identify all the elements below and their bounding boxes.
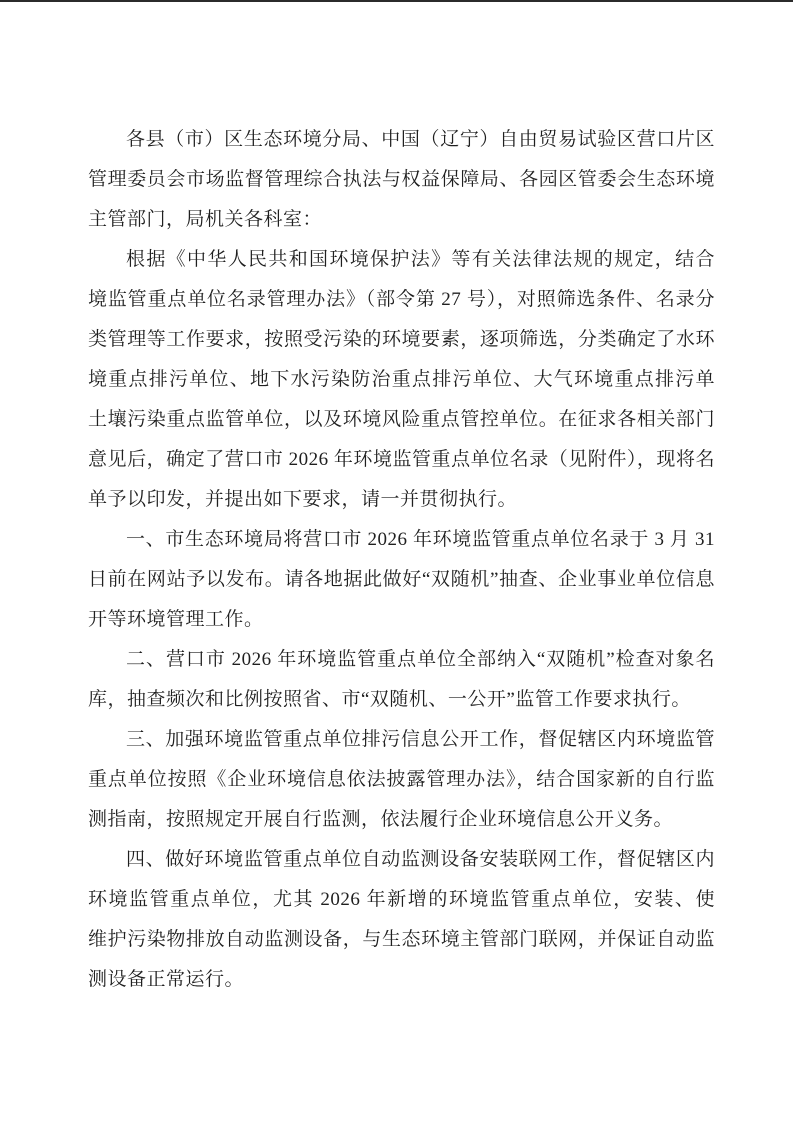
document-line: 重点单位按照《企业环境信息依法披露管理办法》，结合国家新的自行监 [88, 760, 715, 800]
document-body: 各县（市）区生态环境分局、中国（辽宁）自由贸易试验区营口片区管理委员会市场监督管… [88, 120, 715, 1000]
document-page: 各县（市）区生态环境分局、中国（辽宁）自由贸易试验区营口片区管理委员会市场监督管… [0, 0, 793, 1122]
document-line: 三、加强环境监管重点单位排污信息公开工作，督促辖区内环境监管 [88, 720, 715, 760]
document-line: 类管理等工作要求，按照受污染的环境要素，逐项筛选，分类确定了水环 [88, 320, 715, 360]
paragraph-addressees: 各县（市）区生态环境分局、中国（辽宁）自由贸易试验区营口片区管理委员会市场监督管… [88, 120, 715, 240]
document-line: 单予以印发，并提出如下要求，请一并贯彻执行。 [88, 480, 715, 520]
document-line: 库，抽查频次和比例按照省、市“双随机、一公开”监管工作要求执行。 [88, 680, 715, 720]
paragraph-item-2: 二、营口市 2026 年环境监管重点单位全部纳入“双随机”检查对象名录库，抽查频… [88, 640, 715, 720]
document-line: 二、营口市 2026 年环境监管重点单位全部纳入“双随机”检查对象名录 [88, 640, 715, 680]
document-line: 开等环境管理工作。 [88, 600, 715, 640]
document-line: 根据《中华人民共和国环境保护法》等有关法律法规的规定，结合《环 [88, 240, 715, 280]
document-line: 土壤污染重点监管单位，以及环境风险重点管控单位。在征求各相关部门 [88, 400, 715, 440]
document-line: 日前在网站予以发布。请各地据此做好“双随机”抽查、企业事业单位信息公 [88, 560, 715, 600]
document-line: 测指南，按照规定开展自行监测，依法履行企业环境信息公开义务。 [88, 800, 715, 840]
document-line: 四、做好环境监管重点单位自动监测设备安装联网工作，督促辖区内 [88, 840, 715, 880]
document-line: 主管部门，局机关各科室： [88, 200, 715, 240]
page-top-edge-line [0, 0, 793, 2]
document-line: 境重点排污单位、地下水污染防治重点排污单位、大气环境重点排污单位、 [88, 360, 715, 400]
paragraph-item-3: 三、加强环境监管重点单位排污信息公开工作，督促辖区内环境监管重点单位按照《企业环… [88, 720, 715, 840]
document-line: 境监管重点单位名录管理办法》（部令第 27 号），对照筛选条件、名录分 [88, 280, 715, 320]
document-line: 环境监管重点单位，尤其 2026 年新增的环境监管重点单位，安装、使用、 [88, 880, 715, 920]
document-line: 管理委员会市场监督管理综合执法与权益保障局、各园区管委会生态环境 [88, 160, 715, 200]
document-line: 各县（市）区生态环境分局、中国（辽宁）自由贸易试验区营口片区 [88, 120, 715, 160]
document-line: 测设备正常运行。 [88, 960, 715, 1000]
document-line: 一、市生态环境局将营口市 2026 年环境监管重点单位名录于 3 月 31 [88, 520, 715, 560]
paragraph-item-1: 一、市生态环境局将营口市 2026 年环境监管重点单位名录于 3 月 31日前在… [88, 520, 715, 640]
document-line: 意见后，确定了营口市 2026 年环境监管重点单位名录（见附件），现将名 [88, 440, 715, 480]
paragraph-intro: 根据《中华人民共和国环境保护法》等有关法律法规的规定，结合《环境监管重点单位名录… [88, 240, 715, 520]
document-line: 维护污染物排放自动监测设备，与生态环境主管部门联网，并保证自动监 [88, 920, 715, 960]
paragraph-item-4: 四、做好环境监管重点单位自动监测设备安装联网工作，督促辖区内环境监管重点单位，尤… [88, 840, 715, 1000]
